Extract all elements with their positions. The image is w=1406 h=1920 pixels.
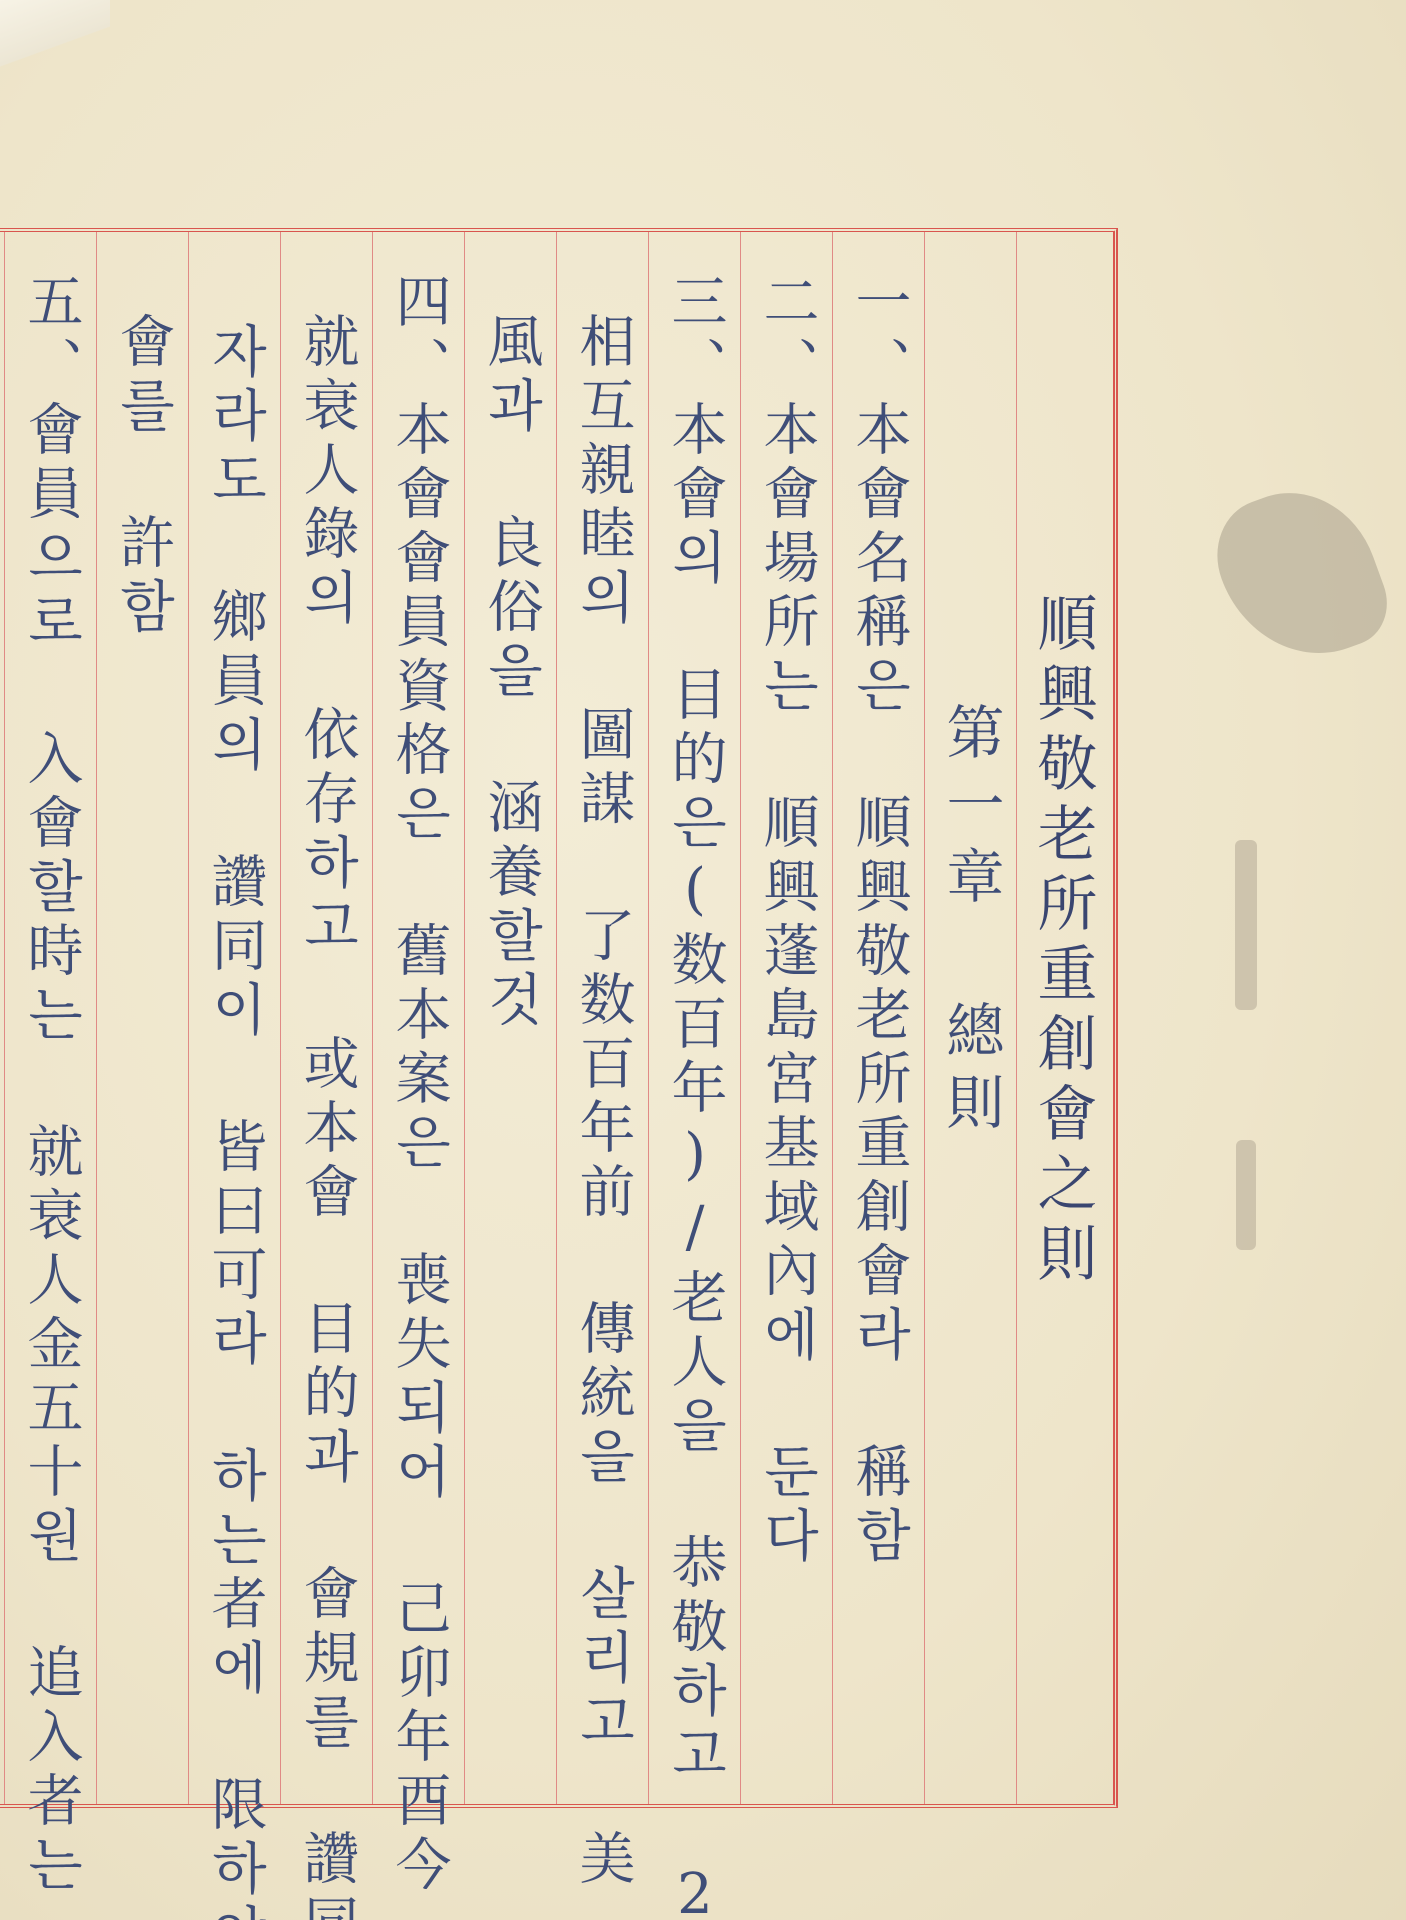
- column-article-4-cont2: 자라도 鄉員의 讚同이 皆曰可라 하는者에 限하야 入: [188, 232, 280, 1804]
- article-3-text: 三、本會의 目的은(数百年)/老人을 恭敬하고 2: [667, 232, 723, 1804]
- manuscript-columns: 順興敬老所重創會之則 第一章 總則 一、本會名稱은 順興敬老所重創會라 稱함 二…: [0, 232, 1108, 1804]
- article-3-continuation: 相互親睦의 圖謀 了数百年前 傳統을 살리고 美: [575, 232, 631, 1804]
- article-4-continuation-3: 會를 許함: [115, 232, 171, 1804]
- article-1-text: 一、本會名稱은 順興敬老所重創會라 稱함: [851, 232, 907, 1804]
- article-2-text: 二、本會場所는 順興蓬島宮基域內에 둔다: [759, 232, 815, 1804]
- document-title: 順興敬老所重創會之則: [1033, 232, 1093, 1804]
- article-4-text: 四、本會會員資格은 舊本案은 喪失되어 己卯年酉今: [391, 232, 447, 1804]
- tape-fragment: [1235, 840, 1257, 1010]
- column-article-3-cont2: 風과 良俗을 涵養할것: [464, 232, 556, 1804]
- column-article-4-cont: 就衰人錄의 依存하고 或本會 目的과 會規를 讚同할: [280, 232, 372, 1804]
- column-article-3-cont: 相互親睦의 圖謀 了数百年前 傳統을 살리고 美: [556, 232, 648, 1804]
- column-title: 順興敬老所重創會之則: [1016, 232, 1108, 1804]
- article-5-text: 五、會員으로 入會할時는 就衰人金五十원 追入者는: [23, 232, 79, 1804]
- column-article-5: 五、會員으로 入會할時는 就衰人金五十원 追入者는: [4, 232, 96, 1804]
- article-4-continuation-2: 자라도 鄉員의 讚同이 皆曰可라 하는者에 限하야 入: [207, 232, 263, 1804]
- column-article-2: 二、本會場所는 順興蓬島宮基域內에 둔다: [740, 232, 832, 1804]
- column-article-4: 四、本會會員資格은 舊本案은 喪失되어 己卯年酉今: [372, 232, 464, 1804]
- column-article-1: 一、本會名稱은 順興敬老所重創會라 稱함: [832, 232, 924, 1804]
- chapter-heading: 第一章 總則: [942, 232, 1000, 1804]
- column-article-4-cont3: 會를 許함: [96, 232, 188, 1804]
- article-3-continuation-2: 風과 良俗을 涵養할것: [483, 232, 539, 1804]
- column-article-3: 三、本會의 目的은(数百年)/老人을 恭敬하고 2: [648, 232, 740, 1804]
- column-chapter: 第一章 總則: [924, 232, 1016, 1804]
- tape-fragment: [1236, 1140, 1256, 1250]
- folded-corner: [0, 0, 110, 70]
- article-4-continuation: 就衰人錄의 依存하고 或本會 目的과 會規를 讚同할: [299, 232, 355, 1804]
